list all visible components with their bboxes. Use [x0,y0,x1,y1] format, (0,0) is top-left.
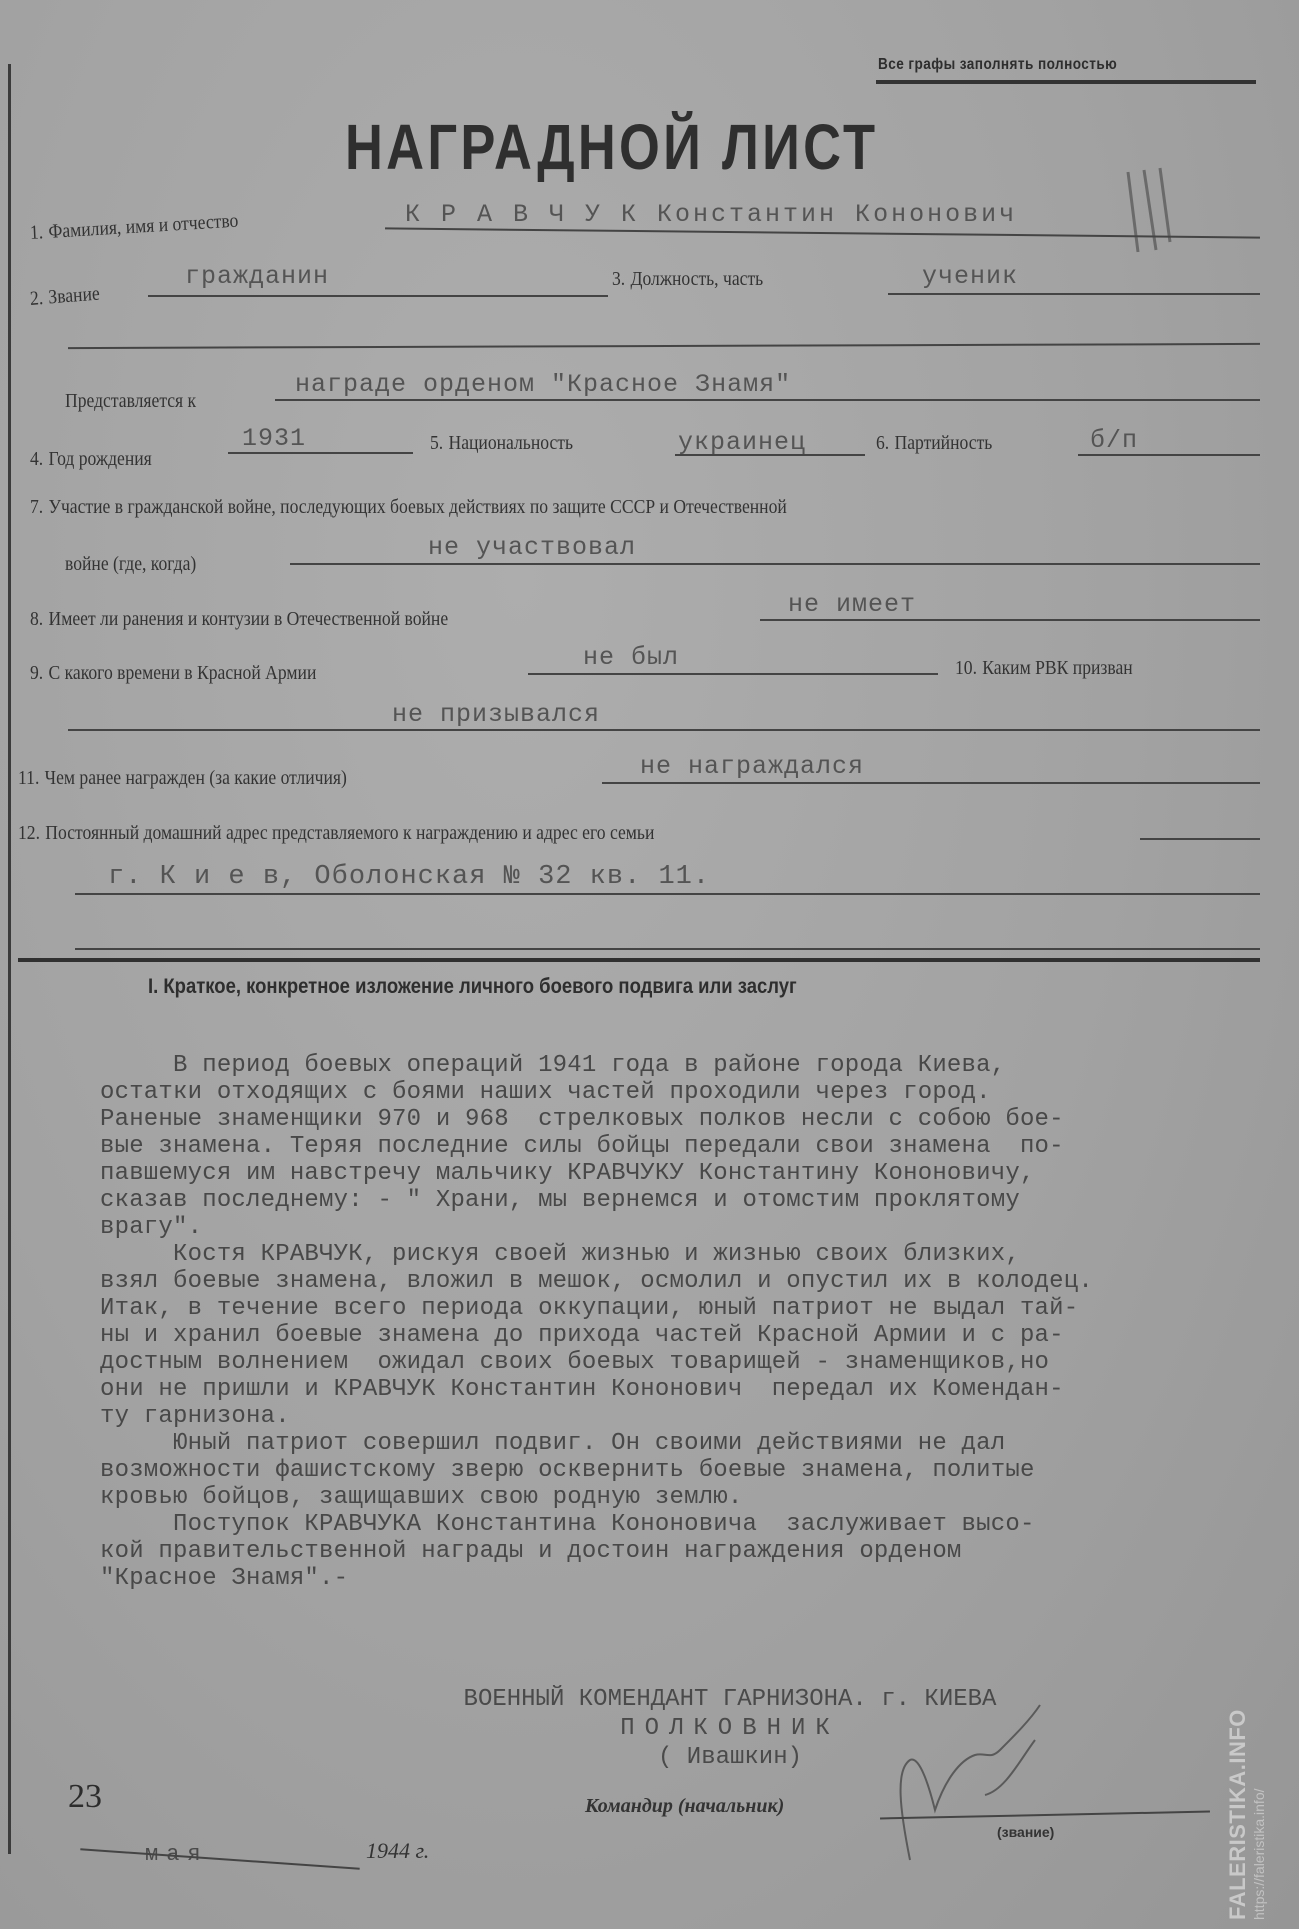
field-12-rule [75,893,1260,895]
narrative-line: ту гарнизона. [100,1403,1299,1430]
narrative-line: Юный патриот совершил подвиг. Он своими … [100,1430,1299,1457]
field-3-label: 3.Должность, часть [612,268,763,291]
field-12-value-address: г. К и е в, Оболонская № 32 кв. 11. [108,862,710,892]
watermark: FALERISTIKA.INFO https://faleristika.inf… [1225,1700,1285,1920]
field-12-rule-2 [75,948,1260,950]
field-5-rule [675,454,865,456]
narrative-line: остатки отходящих с боями наших частей п… [100,1079,1299,1106]
section-divider [18,958,1260,962]
field-3-rule [888,293,1260,295]
field-4-value-birth-year: 1931 [242,424,306,453]
narrative-line: павшемуся им навстречу мальчику КРАВЧУКУ… [100,1160,1299,1187]
narrative-line: Итак, в течение всего периода оккупации,… [100,1295,1299,1322]
narrative-line: кровью бойцов, защищавших свою родную зе… [100,1484,1299,1511]
narrative-line: В период боевых операций 1941 года в рай… [100,1052,1299,1079]
left-margin-line [8,64,11,1854]
field-11-rule [602,782,1260,784]
field-5-label: 5.Национальность [430,432,573,455]
field-9-rule [528,673,938,675]
field-7-label-line2: войне (где, когда) [65,553,196,576]
field-3-value-position: ученик [922,262,1018,291]
narrative-line: "Красное Знамя".- [100,1565,1299,1592]
narrative-line: достным волнением ожидал своих боевых то… [100,1349,1299,1376]
field-8-label: 8.Имеет ли ранения и контузии в Отечеств… [30,608,448,631]
field-7-label: 7.Участие в гражданской войне, последующ… [30,496,787,519]
commander-label: Командир (начальник) [585,1795,784,1818]
field-12-label: 12.Постоянный домашний адрес представляе… [18,822,654,845]
narrative-line: Костя КРАВЧУК, рискуя своей жизнью и жиз… [100,1241,1299,1268]
narrative-line: вые знамена. Теряя последние силы бойцы … [100,1133,1299,1160]
document-title: НАГРАДНОЙ ЛИСТ [345,110,878,184]
narrative-line: кой правительственной награды и достоин … [100,1538,1299,1565]
field-1-value-full-name: К Р А В Ч У К Константин Кононович [405,200,1017,229]
handwritten-signature-icon [890,1700,1060,1870]
pencil-mark-icon [1120,162,1200,262]
section-heading-merits: I. Краткое, конкретное изложение личного… [148,975,797,999]
field-5-value-nationality: украинец [678,428,806,457]
presented-to-rule [275,399,1260,401]
presented-to-value-award: награде орденом "Красное Знамя" [295,370,791,399]
field-6-rule [1078,454,1260,456]
field-9-value-army-since: не был [583,643,679,672]
rank-caption: (звание) [997,1824,1054,1840]
presented-to-label: Представляется к [65,390,196,413]
narrative-line: врагу". [100,1214,1299,1241]
field-6-label: 6.Партийность [876,432,992,455]
field-11-value-prior-awards: не награждался [640,752,864,781]
narrative-line: взял боевые знамена, вложил в мешок, осм… [100,1268,1299,1295]
date-day: 23 [68,1778,102,1816]
field-6-value-party: б/п [1090,426,1138,455]
field-10-label: 10.Каким РВК призван [955,657,1133,680]
field-4-rule [228,452,413,454]
field-10-value-conscription: не призывался [392,700,600,729]
narrative-line: возможности фашистскому зверю осквернить… [100,1457,1299,1484]
narrative-line: ны и хранил боевые знамена до прихода ча… [100,1322,1299,1349]
narrative-line: они не пришли и КРАВЧУК Константин Конон… [100,1376,1299,1403]
field-9-label: 9.С какого времени в Красной Армии [30,662,316,685]
field-2-label: 2.Звание [29,282,100,310]
watermark-brand: FALERISTIKA.INFO [1225,1700,1251,1920]
field-10-rule [68,729,1260,731]
date-rule [80,1848,359,1870]
field-8-value-wounds: не имеет [788,590,916,619]
field-2-value-rank: гражданин [185,262,329,291]
field-2-rule [148,295,608,297]
field-8-rule [760,619,1260,621]
blank-rule [68,343,1260,349]
document-page: Все графы заполнять полностью НАГРАДНОЙ … [0,0,1299,1929]
date-year: 1944 г. [366,1838,429,1864]
fill-instructions-notice: Все графы заполнять полностью [878,56,1117,74]
merits-narrative: В период боевых операций 1941 года в рай… [100,1052,1299,1592]
field-7-rule [290,563,1260,565]
field-7-value-participation: не участвовал [428,533,636,562]
field-12-rule-end [1140,838,1260,840]
field-4-label: 4.Год рождения [30,448,152,471]
narrative-line: Раненые знаменщики 970 и 968 стрелковых … [100,1106,1299,1133]
narrative-line: Поступок КРАВЧУКА Константина Кононовича… [100,1511,1299,1538]
field-1-label: 1.Фамилия, имя и отчество [29,210,238,245]
notice-underline [876,80,1256,84]
watermark-url: https://faleristika.info/ [1251,1700,1267,1920]
field-11-label: 11.Чем ранее награжден (за какие отличия… [18,767,347,790]
narrative-line: сказав последнему: - " Храни, мы вернемс… [100,1187,1299,1214]
